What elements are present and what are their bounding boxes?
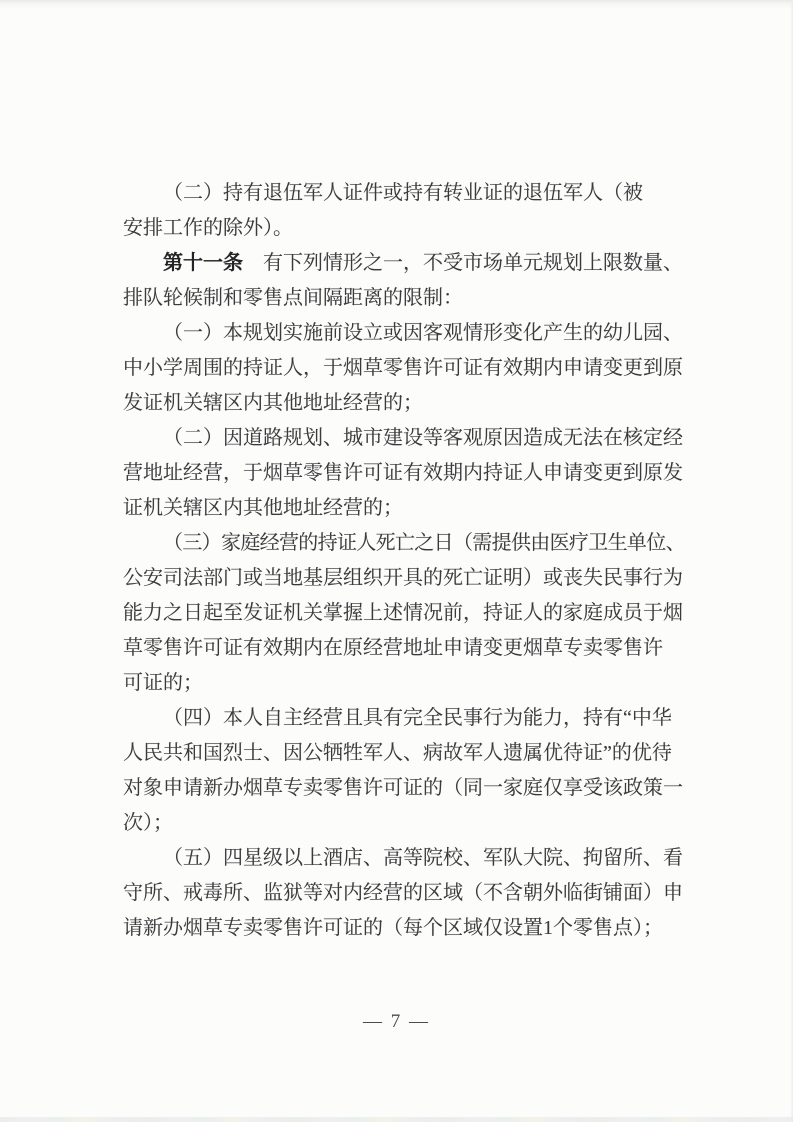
text-line: 安排工作的除外）。 bbox=[123, 211, 685, 246]
text-line: 营地址经营，于烟草零售许可证有效期内持证人申请变更到原发 bbox=[123, 456, 685, 491]
paragraph: 第十一条 有下列情形之一，不受市场单元规划上限数量、排队轮候制和零售点间隔距离的… bbox=[123, 246, 685, 316]
text-line: （五）四星级以上酒店、高等院校、军队大院、拘留所、看 bbox=[123, 841, 685, 876]
text-line: （四）本人自主经营且具有完全民事行为能力，持有“中华 bbox=[123, 701, 685, 736]
text-line: 可证的； bbox=[123, 666, 685, 701]
text-line: （三）家庭经营的持证人死亡之日（需提供由医疗卫生单位、 bbox=[123, 526, 685, 561]
scan-edge-top bbox=[0, 0, 793, 10]
text-line: 请新办烟草专卖零售许可证的（每个区域仅设置1个零售点）； bbox=[123, 911, 685, 946]
text-line: （一）本规划实施前设立或因客观情形变化产生的幼儿园、 bbox=[123, 316, 685, 351]
text-line: 第十一条 有下列情形之一，不受市场单元规划上限数量、 bbox=[123, 246, 685, 281]
text-line: 中小学周围的持证人，于烟草零售许可证有效期内申请变更到原 bbox=[123, 351, 685, 386]
paragraph: （二）因道路规划、城市建设等客观原因造成无法在核定经营地址经营，于烟草零售许可证… bbox=[123, 421, 685, 526]
article-number-bold: 第十一条 bbox=[163, 252, 243, 274]
text-line: 对象申请新办烟草专卖零售许可证的（同一家庭仅享受该政策一 bbox=[123, 771, 685, 806]
paragraph: （一）本规划实施前设立或因客观情形变化产生的幼儿园、中小学周围的持证人，于烟草零… bbox=[123, 316, 685, 421]
text-line: 守所、戒毒所、监狱等对内经营的区域（不含朝外临街铺面）申 bbox=[123, 876, 685, 911]
text-line: 证机关辖区内其他地址经营的； bbox=[123, 491, 685, 526]
page-number: — 7 — bbox=[0, 1008, 793, 1036]
text-line: 人民共和国烈士、因公牺牲军人、病故军人遗属优待证”的优待 bbox=[123, 736, 685, 771]
text-line: 发证机关辖区内其他地址经营的； bbox=[123, 386, 685, 421]
paragraph: （三）家庭经营的持证人死亡之日（需提供由医疗卫生单位、公安司法部门或当地基层组织… bbox=[123, 526, 685, 701]
scan-edge-bottom bbox=[0, 1117, 793, 1122]
text-line: 草零售许可证有效期内在原经营地址申请变更烟草专卖零售许 bbox=[123, 631, 685, 666]
text-line: 次）； bbox=[123, 806, 685, 841]
paragraph: （二）持有退伍军人证件或持有转业证的退伍军人（被安排工作的除外）。 bbox=[123, 176, 685, 246]
text-line: （二）因道路规划、城市建设等客观原因造成无法在核定经 bbox=[123, 421, 685, 456]
paragraph: （五）四星级以上酒店、高等院校、军队大院、拘留所、看守所、戒毒所、监狱等对内经营… bbox=[123, 841, 685, 946]
text-line: 能力之日起至发证机关掌握上述情况前，持证人的家庭成员于烟 bbox=[123, 596, 685, 631]
paragraph: （四）本人自主经营且具有完全民事行为能力，持有“中华人民共和国烈士、因公牺牲军人… bbox=[123, 701, 685, 841]
text-line: 排队轮候制和零售点间隔距离的限制： bbox=[123, 281, 685, 316]
text-line: 公安司法部门或当地基层组织开具的死亡证明）或丧失民事行为 bbox=[123, 561, 685, 596]
scanned-document-page: { "document": { "page_number": "— 7 —", … bbox=[0, 0, 793, 1122]
text-line: （二）持有退伍军人证件或持有转业证的退伍军人（被 bbox=[123, 176, 685, 211]
document-body: （二）持有退伍军人证件或持有转业证的退伍军人（被安排工作的除外）。第十一条 有下… bbox=[123, 176, 685, 946]
